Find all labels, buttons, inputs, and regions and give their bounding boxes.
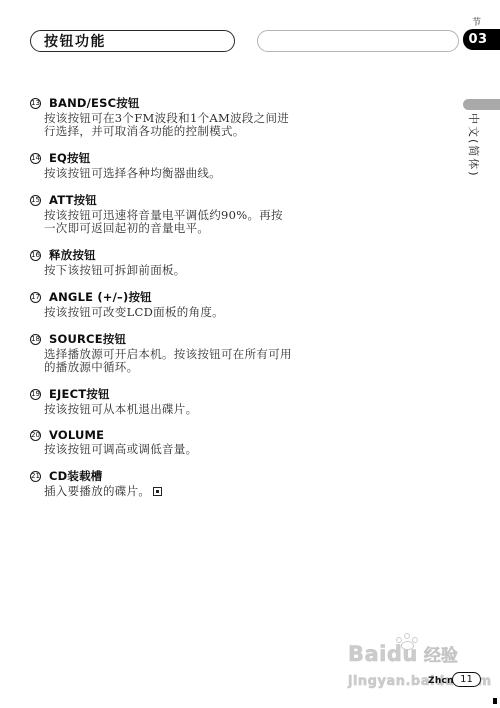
item-body: 按该按钮可从本机退出碟片。 (30, 403, 292, 416)
item-title: BAND/ESC按钮 (49, 95, 140, 111)
item-number-badge: 18 (30, 334, 41, 345)
list-item-band-esc: 13 BAND/ESC按钮 按该按钮可在3个FM波段和1个AM波段之间进行选择，… (30, 95, 292, 138)
language-label: 中文(简体) (466, 113, 482, 178)
item-body: 按该按钮可调高或调低音量。 (30, 443, 292, 456)
item-body: 按该按钮可迅速将音量电平调低约90%。再按一次即可返回起初的音量电平。 (30, 209, 292, 235)
item-title: CD装载槽 (49, 468, 103, 484)
item-number-badge: 20 (30, 430, 41, 441)
item-title: SOURCE按钮 (49, 331, 126, 347)
item-number-badge: 16 (30, 250, 41, 261)
watermark-brand-cn: 经验 (424, 648, 458, 665)
item-body: 按下该按钮可拆卸前面板。 (30, 264, 292, 277)
page-title: 按钮功能 (44, 31, 106, 51)
item-title: EJECT按钮 (49, 386, 110, 402)
header-empty-pill (257, 30, 459, 52)
print-registration-mark (493, 698, 497, 704)
item-number-badge: 21 (30, 471, 41, 482)
item-body: 选择播放源可开启本机。按该按钮可在所有可用的播放源中循环。 (30, 348, 292, 374)
item-number-badge: 15 (30, 195, 41, 206)
list-item-eject: 19 EJECT按钮 按该按钮可从本机退出碟片。 (30, 386, 292, 416)
list-item-angle: 17 ANGLE (+/–)按钮 按该按钮可改变LCD面板的角度。 (30, 289, 292, 319)
button-functions-list: 13 BAND/ESC按钮 按该按钮可在3个FM波段和1个AM波段之间进行选择，… (30, 95, 292, 510)
list-item-release: 16 释放按钮 按下该按钮可拆卸前面板。 (30, 247, 292, 277)
item-body: 按该按钮可改变LCD面板的角度。 (30, 306, 292, 319)
item-number-badge: 14 (30, 153, 41, 164)
section-number-badge: 03 (463, 29, 500, 50)
list-item-volume: 20 VOLUME 按该按钮可调高或调低音量。 (30, 428, 292, 456)
list-item-cd-slot: 21 CD装载槽 插入要播放的碟片。 (30, 468, 292, 498)
side-tab (463, 99, 500, 110)
item-body: 插入要播放的碟片。 (30, 485, 292, 498)
manual-page: 按钮功能 节 03 中文(简体) 13 BAND/ESC按钮 按该按钮可在3个F… (0, 0, 500, 708)
page-number-badge: 11 (452, 672, 481, 687)
item-title: EQ按钮 (49, 150, 90, 166)
page-number: 11 (460, 674, 473, 685)
list-item-source: 18 SOURCE按钮 选择播放源可开启本机。按该按钮可在所有可用的播放源中循环… (30, 331, 292, 374)
item-title: VOLUME (49, 428, 104, 442)
item-number-badge: 19 (30, 389, 41, 400)
item-number-badge: 13 (30, 98, 41, 109)
item-body: 按该按钮可在3个FM波段和1个AM波段之间进行选择，并可取消各功能的控制模式。 (30, 112, 292, 138)
item-title: 释放按钮 (49, 247, 96, 263)
item-body: 按该按钮可选择各种均衡器曲线。 (30, 167, 292, 180)
item-title: ANGLE (+/–)按钮 (49, 289, 152, 305)
item-number-badge: 17 (30, 292, 41, 303)
paw-icon (396, 633, 420, 650)
list-item-att: 15 ATT按钮 按该按钮可迅速将音量电平调低约90%。再按一次即可返回起初的音… (30, 192, 292, 235)
page-title-pill: 按钮功能 (30, 30, 235, 52)
footer-language-code: Zhcn (428, 676, 454, 686)
section-label: 节 (472, 15, 481, 28)
list-item-eq: 14 EQ按钮 按该按钮可选择各种均衡器曲线。 (30, 150, 292, 180)
item-title: ATT按钮 (49, 192, 97, 208)
section-end-icon (153, 487, 162, 496)
